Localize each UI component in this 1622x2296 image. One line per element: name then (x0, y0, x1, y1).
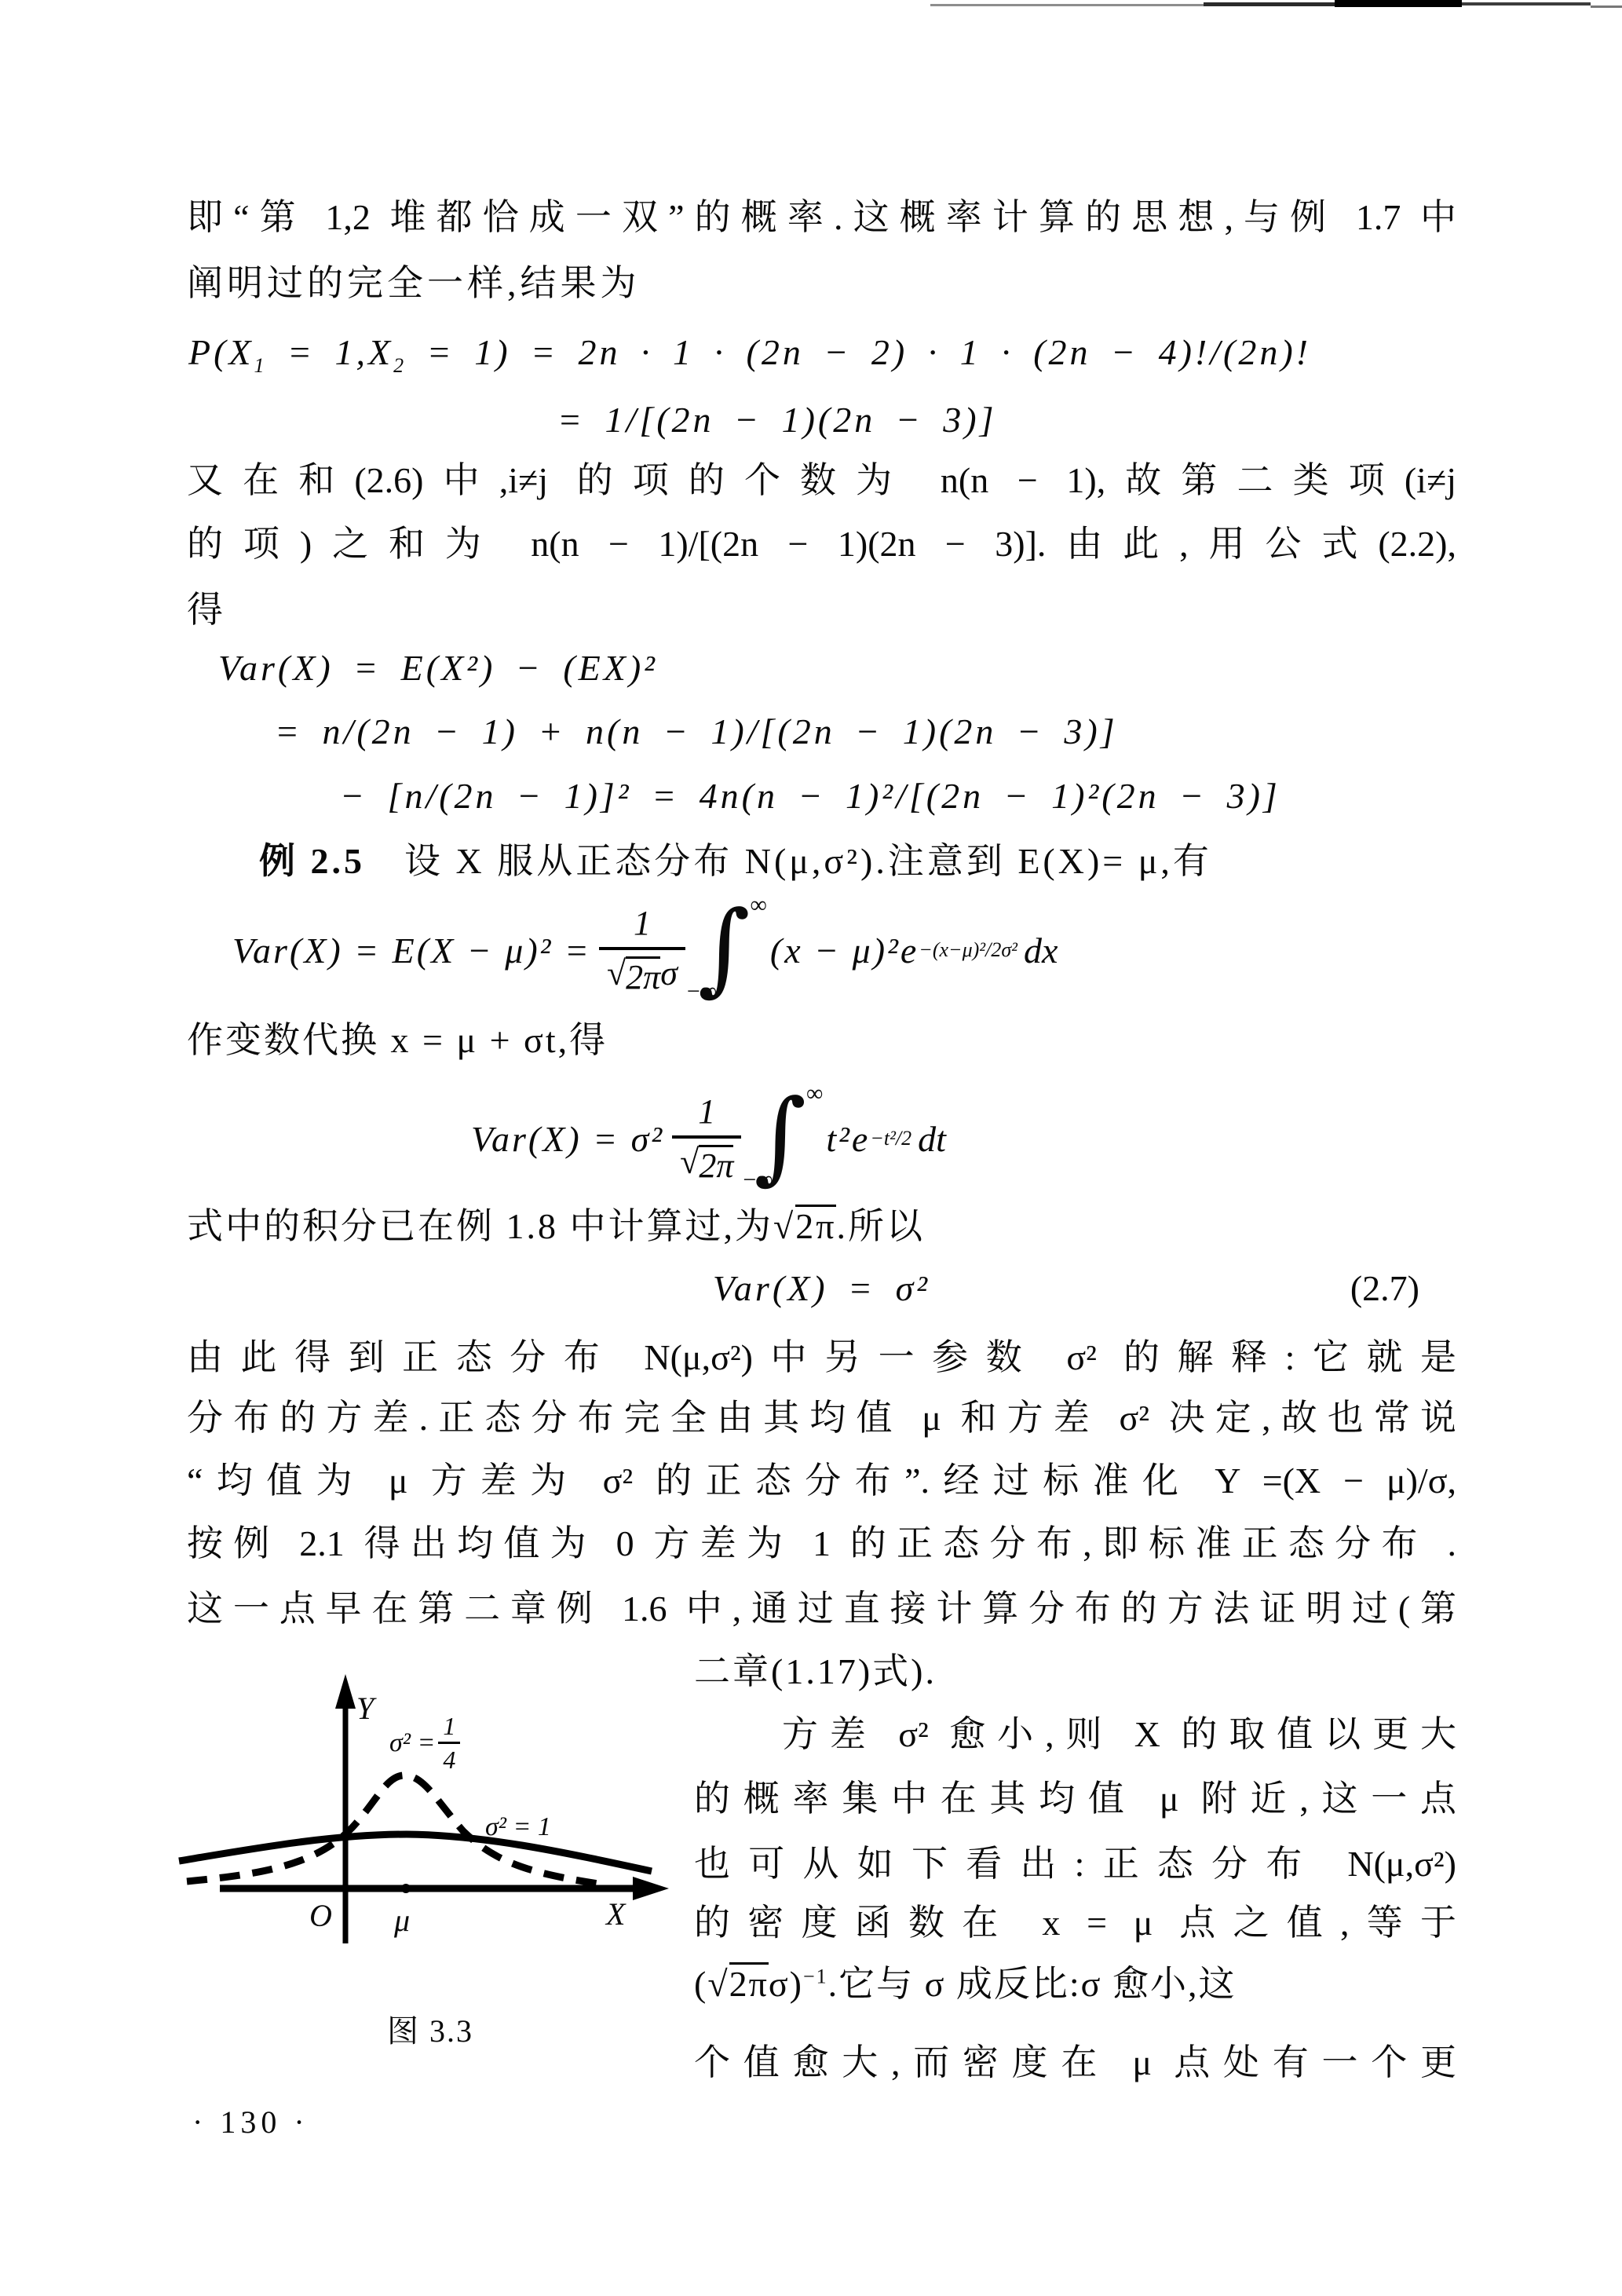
integral-lower-limit: −∞ (687, 978, 717, 1005)
radicand: 2π (626, 956, 660, 995)
fraction: 1 √2πσ (599, 906, 685, 995)
equation-lhs: Var(X) = E(X − μ)² = (232, 930, 591, 971)
fraction: 1 4 (438, 1713, 460, 1772)
curve-label-sigma-one: σ² = 1 (485, 1812, 551, 1842)
equation-body: Var(X) = σ² (713, 1268, 930, 1308)
figure-y-axis-label: Y (356, 1690, 374, 1727)
formula-line: P(X1 = 1,X2 = 1) = 2n · 1 · (2n − 2) · 1… (188, 330, 1311, 379)
equation-number: (2.7) (1350, 1266, 1419, 1311)
body-line: 式中的积分已在例 1.8 中计算过,为√2π.所以 (187, 1204, 925, 1249)
radicand: 2π (699, 1145, 733, 1183)
exponent: −t²/2 (870, 1127, 911, 1150)
book-page: 即“第 1,2 堆都恰成一双”的概率.这概率计算的思想,与例 1.7 中 阐明过… (0, 0, 1622, 2296)
example-number: 例 2.5 (259, 841, 365, 881)
formula-line: = 1/[(2n − 1)(2n − 3)] (557, 397, 996, 443)
body-line: 这一点早在第二章例 1.6 中,通过直接计算分布的方法证明过(第 (187, 1586, 1456, 1632)
integrand: (x − μ)²e (770, 930, 919, 971)
body-line: 又在和(2.6)中,i≠j 的项的个数为 n(n − 1),故第二类项(i≠j (187, 458, 1456, 503)
top-scan-rule-segment (1335, 0, 1462, 7)
formula-line: Var(X) = E(X²) − (EX)² (218, 645, 658, 691)
fraction-denominator: √2π (672, 1135, 741, 1183)
subscript: 1 (254, 354, 268, 377)
curve-label-sigma-quarter: σ² = 1 4 (389, 1713, 463, 1772)
top-scan-rule-segment (930, 4, 1204, 6)
equation-lhs: Var(X) = σ² (471, 1118, 664, 1160)
x-axis-arrow-icon (633, 1877, 669, 1900)
subscript: 2 (393, 354, 407, 377)
figure-mu-label: μ (394, 1902, 410, 1939)
body-line: 方差 σ² 愈小,则 X 的取值以更大 (694, 1712, 1456, 1757)
radical-sign: √ (680, 1145, 699, 1179)
integral-lower-limit: −∞ (743, 1167, 773, 1194)
differential: dx (1024, 930, 1058, 971)
display-equation-var-integral-t: Var(X) = σ² 1 √2π ∫ ∞ −∞ t²e−t²/2dt (471, 1084, 946, 1194)
body-line: 的密度函数在 x = μ 点之值,等于 (694, 1900, 1456, 1946)
body-line: (√2πσ)−1.它与 σ 成反比:σ 愈小,这 (694, 1961, 1236, 2007)
numbered-equation: Var(X) = σ² (2.7) (187, 1266, 1456, 1311)
display-equation-var-integral-x: Var(X) = E(X − μ)² = 1 √2πσ ∫ ∞ −∞ (x − … (232, 895, 1058, 1005)
integrand: t²e (826, 1118, 870, 1160)
body-line: 即“第 1,2 堆都恰成一双”的概率.这概率计算的思想,与例 1.7 中 (187, 195, 1456, 240)
body-line: 也可从如下看出:正态分布 N(μ,σ²) (694, 1841, 1456, 1887)
fraction-denominator: √2πσ (599, 947, 685, 995)
sqrt-2pi: √2π (773, 1204, 836, 1249)
body-line: 的项)之和为 n(n − 1)/[(2n − 1)(2n − 3)].由此,用公… (187, 521, 1456, 567)
exponent: −(x−μ)²/2σ² (919, 938, 1017, 962)
sqrt-2pi-sigma: √2π (707, 1961, 768, 2007)
integral-sign: ∫ ∞ −∞ (698, 895, 743, 1005)
page-number: · 130 · (192, 2103, 309, 2142)
top-scan-rule-segment (1462, 2, 1591, 5)
body-line: 阐明过的完全一样,结果为 (187, 261, 641, 306)
figure-3-3: Y σ² = 1 4 σ² = 1 O μ X (157, 1673, 691, 1947)
example-heading-line: 例 2.5 设 X 服从正态分布 N(μ,σ²).注意到 E(X)= μ,有 (259, 839, 1212, 884)
body-line: 得 (187, 587, 223, 633)
body-line: 作变数代换 x = μ + σt,得 (187, 1018, 608, 1063)
curve-sigma-one-solid (179, 1834, 652, 1871)
mu-tick-dot (401, 1884, 411, 1893)
body-line: “均值为 μ 方差为 σ² 的正态分布”.经过标准化 Y =(X − μ)/σ, (187, 1458, 1456, 1504)
radical-sign: √ (607, 956, 626, 991)
body-line: 的概率集中在其均值 μ 附近,这一点 (694, 1776, 1456, 1822)
figure-x-axis-label: X (606, 1896, 625, 1932)
top-scan-rule-segment (1204, 2, 1335, 6)
figure-origin-label: O (309, 1897, 332, 1934)
y-axis-arrow-icon (335, 1674, 356, 1709)
body-line: 二章(1.17)式). (694, 1649, 937, 1695)
body-line: 个值愈大,而密度在 μ 点处有一个更 (694, 2040, 1456, 2086)
fraction-numerator: 1 (690, 1095, 723, 1135)
body-line: 按例 2.1 得出均值为 0 方差为 1 的正态分布,即标准正态分布 . (187, 1521, 1456, 1567)
formula-line: = n/(2n − 1) + n(n − 1)/[(2n − 1)(2n − 3… (275, 709, 1118, 755)
differential: dt (918, 1118, 946, 1160)
body-line: 分布的方差.正态分布完全由其均值 μ 和方差 σ² 决定,故也常说 (187, 1395, 1456, 1441)
body-line: 由此得到正态分布 N(μ,σ²)中另一参数 σ² 的解释:它就是 (187, 1335, 1456, 1380)
formula-line: − [n/(2n − 1)]² = 4n(n − 1)²/[(2n − 1)²(… (340, 773, 1280, 819)
top-scan-rule-segment (1591, 5, 1622, 8)
integral-upper-limit: ∞ (806, 1080, 823, 1107)
integral-upper-limit: ∞ (751, 892, 767, 919)
exponent: −1 (803, 1965, 828, 1988)
fraction-numerator: 1 (626, 906, 659, 947)
figure-caption: 图 3.3 (387, 2012, 473, 2051)
fraction: 1 √2π (672, 1095, 741, 1183)
integral-sign: ∫ ∞ −∞ (754, 1084, 799, 1194)
